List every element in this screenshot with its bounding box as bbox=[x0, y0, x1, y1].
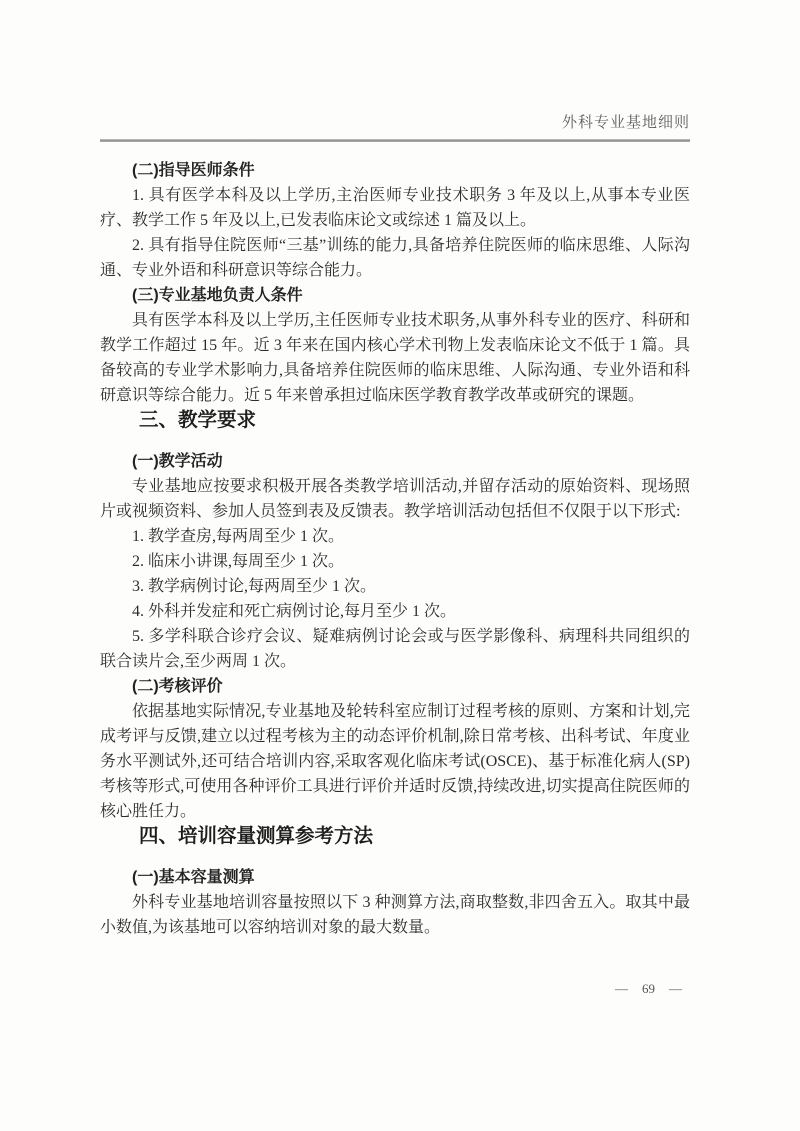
paragraph: 1. 具有医学本科及以上学历,主治医师专业技术职务 3 年及以上,从事本专业医疗… bbox=[100, 183, 690, 233]
paragraph: 具有医学本科及以上学历,主任医师专业技术职务,从事外科专业的医疗、科研和教学工作… bbox=[100, 308, 690, 408]
document-page: 外科专业基地细则 (二)指导医师条件 1. 具有医学本科及以上学历,主治医师专业… bbox=[0, 0, 800, 1131]
chapter-heading: 四、培训容量测算参考方法 bbox=[100, 824, 690, 849]
paragraph: 依据基地实际情况,专业基地及轮转科室应制订过程考核的原则、方案和计划,完成考评与… bbox=[100, 699, 690, 824]
running-header-title: 外科专业基地细则 bbox=[100, 113, 690, 133]
section-heading: (一)教学活动 bbox=[100, 449, 690, 474]
list-item: 1. 教学查房,每两周至少 1 次。 bbox=[100, 524, 690, 549]
paragraph: 外科专业基地培训容量按照以下 3 种测算方法,商取整数,非四舍五入。取其中最小数… bbox=[100, 890, 690, 940]
chapter-heading: 三、教学要求 bbox=[100, 408, 690, 433]
header-rule bbox=[100, 139, 690, 142]
list-item: 4. 外科并发症和死亡病例讨论,每月至少 1 次。 bbox=[100, 599, 690, 624]
list-item: 3. 教学病例讨论,每两周至少 1 次。 bbox=[100, 574, 690, 599]
section-heading: (二)指导医师条件 bbox=[100, 158, 690, 183]
section-heading: (二)考核评价 bbox=[100, 674, 690, 699]
page-number-value: 69 bbox=[642, 981, 655, 997]
section-heading: (三)专业基地负责人条件 bbox=[100, 283, 690, 308]
page-number-dash-left: — bbox=[615, 981, 628, 997]
page-number: — 69 — bbox=[615, 981, 682, 997]
page-number-dash-right: — bbox=[669, 981, 682, 997]
paragraph: 专业基地应按要求积极开展各类教学培训活动,并留存活动的原始资料、现场照片或视频资… bbox=[100, 474, 690, 524]
paragraph: 2. 具有指导住院医师“三基”训练的能力,具备培养住院医师的临床思维、人际沟通、… bbox=[100, 233, 690, 283]
list-item: 2. 临床小讲课,每周至少 1 次。 bbox=[100, 549, 690, 574]
section-heading: (一)基本容量测算 bbox=[100, 865, 690, 890]
list-item: 5. 多学科联合诊疗会议、疑难病例讨论会或与医学影像科、病理科共同组织的联合读片… bbox=[100, 624, 690, 674]
document-body: (二)指导医师条件 1. 具有医学本科及以上学历,主治医师专业技术职务 3 年及… bbox=[100, 158, 690, 940]
text-column: 外科专业基地细则 (二)指导医师条件 1. 具有医学本科及以上学历,主治医师专业… bbox=[100, 0, 690, 940]
